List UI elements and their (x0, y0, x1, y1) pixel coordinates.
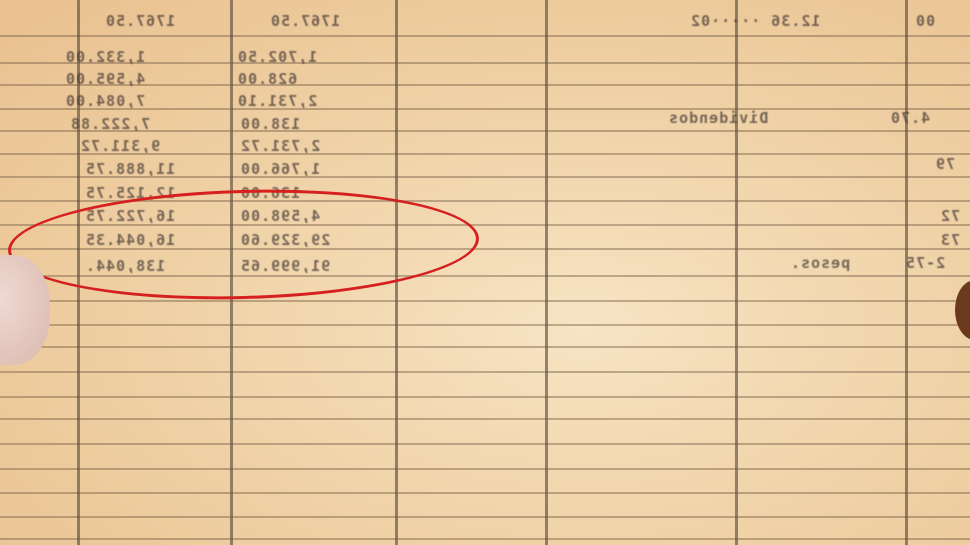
right-edge-value: 72 (940, 207, 960, 225)
rule-line (0, 84, 970, 86)
row-3-col1: 7,084.00 (65, 92, 145, 110)
rule-line (0, 108, 970, 110)
rule-line (0, 62, 970, 64)
rule-line (0, 396, 970, 398)
header-col1: 1767.50 (105, 12, 175, 30)
rule-line (0, 468, 970, 470)
row-2-col1: 4,595.00 (65, 70, 145, 88)
row-5-col2: 2,731.72 (240, 137, 320, 155)
rule-line (0, 371, 970, 373)
column-line (735, 0, 738, 545)
rule-line (0, 492, 970, 494)
column-line (905, 0, 908, 545)
row-2-col2: 628.00 (237, 70, 297, 88)
rule-line (0, 516, 970, 518)
row-3-col2: 2,731.10 (237, 92, 317, 110)
finger-right (955, 280, 970, 340)
row-6-col2: 1,766.00 (240, 160, 320, 178)
header-right: 12.36 ·····02 (690, 12, 820, 30)
row-4-col1: 7,222.88 (70, 115, 150, 133)
row-5-col1: 9,311.72 (80, 137, 160, 155)
rule-line (0, 443, 970, 445)
header-col2: 1767.50 (270, 12, 340, 30)
dividendos-label: Dividendos (668, 109, 768, 127)
rule-line (0, 324, 970, 326)
rule-line (0, 300, 970, 302)
rule-line (0, 538, 970, 540)
right-edge-value: 79 (935, 155, 955, 173)
rule-line (0, 418, 970, 420)
column-line (545, 0, 548, 545)
rule-line (0, 346, 970, 348)
row-4-col2: 138.00 (240, 115, 300, 133)
right-edge-value: 2-75 (905, 254, 945, 272)
row-1-col2: 1,702.50 (237, 48, 317, 66)
right-edge-value: 73 (940, 231, 960, 249)
row-1-col1: 1,332.00 (65, 48, 145, 66)
pesos-note: pesos. (790, 254, 850, 272)
dividendos-value: 4.70 (890, 109, 930, 127)
rule-line (0, 35, 970, 37)
header-far-right: 00 (915, 12, 935, 30)
row-6-col1: 11,888.75 (85, 160, 175, 178)
